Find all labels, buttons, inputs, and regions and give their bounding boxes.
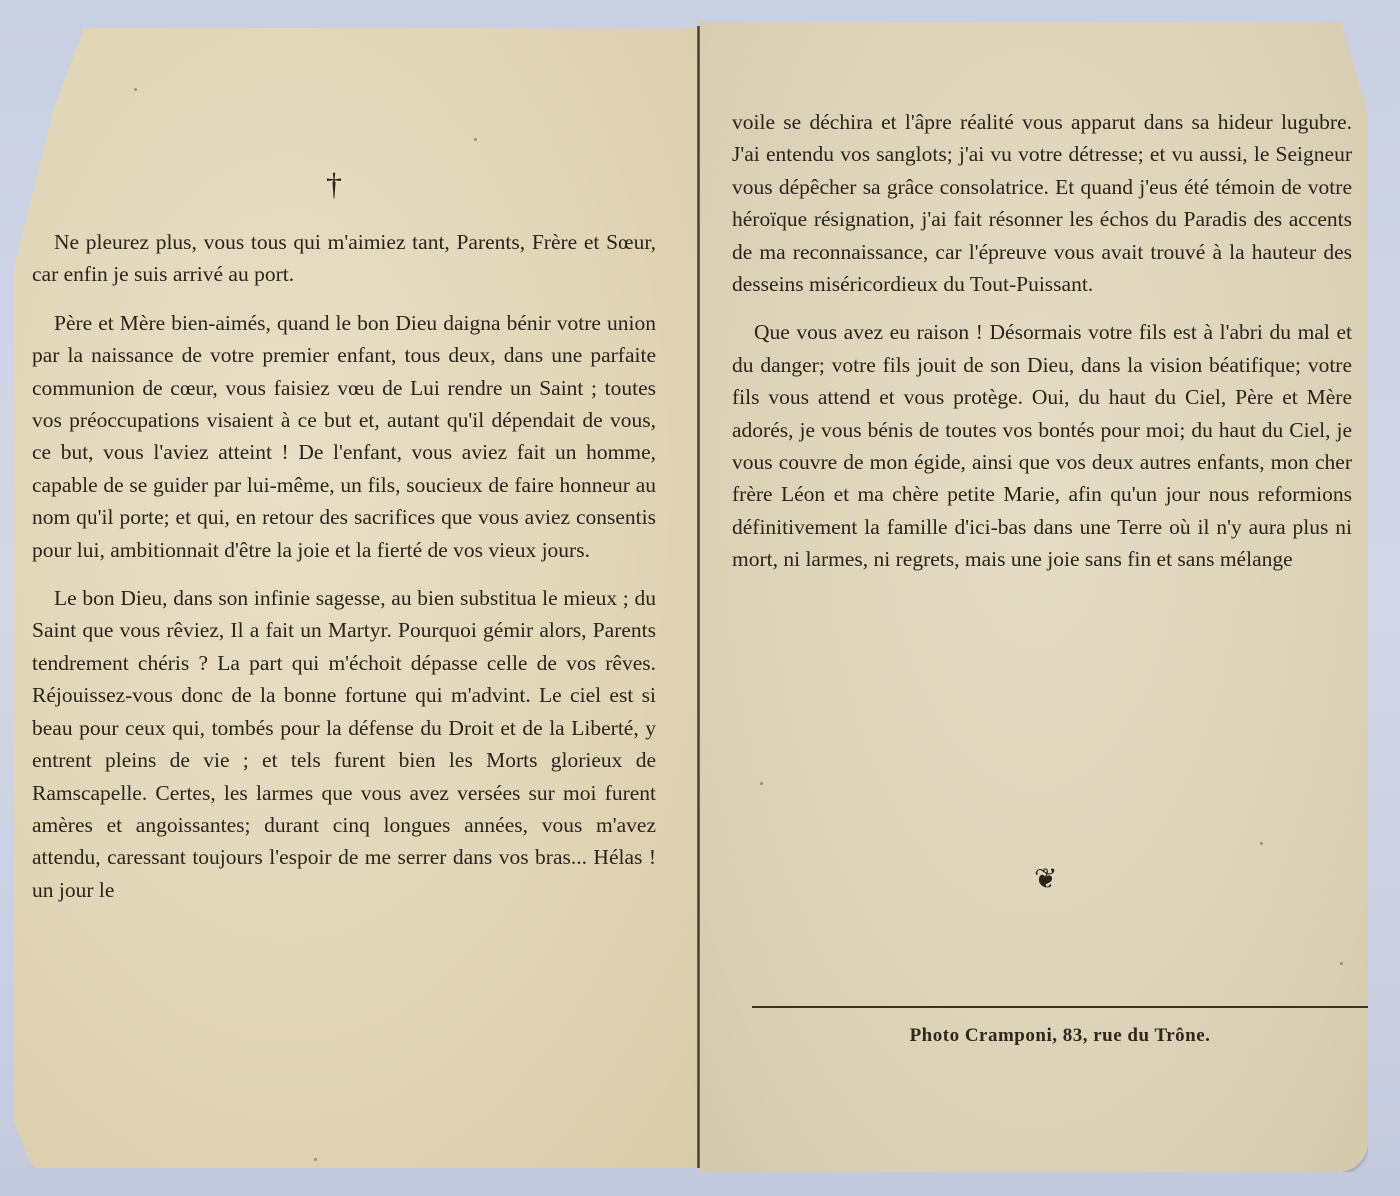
right-page-text: voile se déchira et l'âpre réalité vous … <box>732 106 1352 576</box>
paper-speck <box>474 138 477 141</box>
paragraph-blessing: Que vous avez eu raison ! Désormais votr… <box>732 316 1352 575</box>
paragraph-martyr: Le bon Dieu, dans son infinie sagesse, a… <box>32 582 656 906</box>
card-fold <box>697 26 700 1168</box>
paper-speck <box>134 88 137 91</box>
cross-icon: † <box>322 166 346 203</box>
paragraph-opening: Ne pleurez plus, vous tous qui m'aimiez … <box>32 226 656 291</box>
paper-speck <box>1260 842 1263 845</box>
left-page-text: Ne pleurez plus, vous tous qui m'aimiez … <box>32 226 656 906</box>
right-page: voile se déchira et l'âpre réalité vous … <box>700 22 1368 1172</box>
paragraph-continuation: voile se déchira et l'âpre réalité vous … <box>732 106 1352 300</box>
left-page: † Ne pleurez plus, vous tous qui m'aimie… <box>14 28 698 1168</box>
floral-ornament-icon: ❦ <box>1034 862 1057 896</box>
paper-speck <box>314 1158 317 1161</box>
divider-rule <box>752 1006 1368 1008</box>
paper-speck <box>1340 962 1343 965</box>
paragraph-parents: Père et Mère bien-aimés, quand le bon Di… <box>32 307 656 566</box>
paper-speck <box>760 782 763 785</box>
printer-credit: Photo Cramponi, 83, rue du Trône. <box>752 1025 1368 1047</box>
